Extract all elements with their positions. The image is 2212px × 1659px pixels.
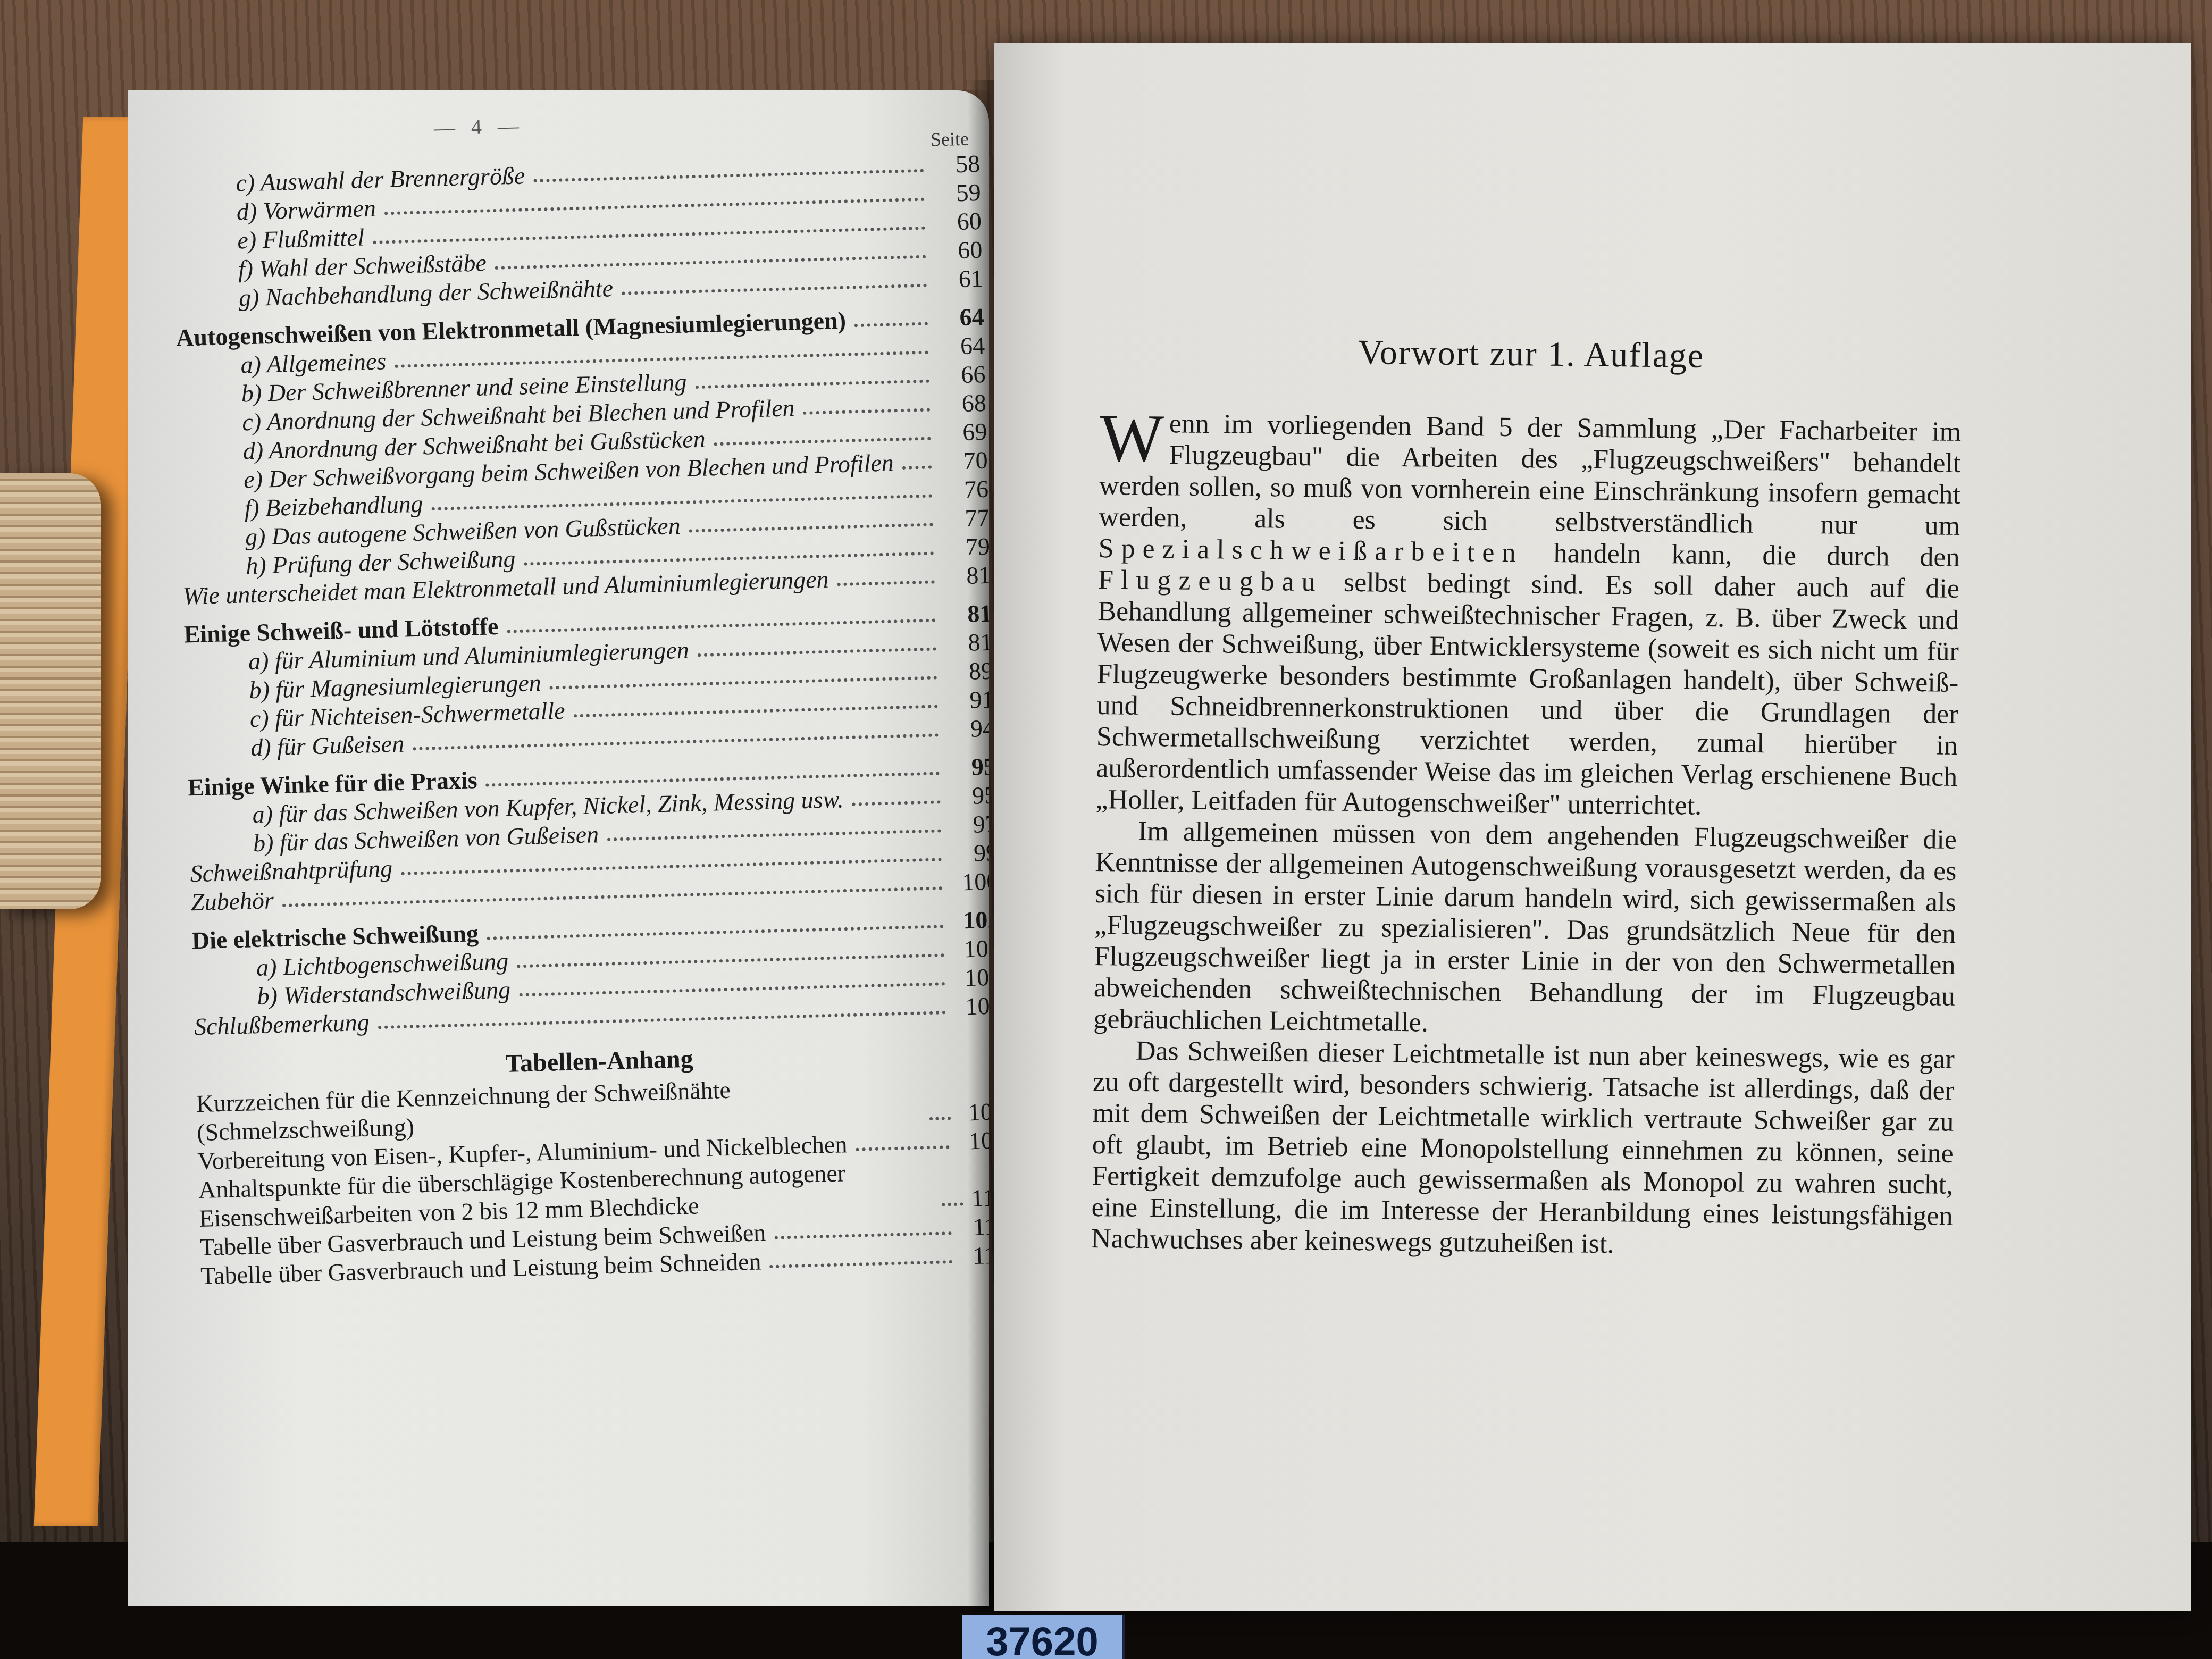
appendix-entries: Kurzzeichen für die Kennzeichnung der Sc… — [196, 1068, 1009, 1291]
leader-dots — [698, 647, 936, 657]
toc-entry-title: Zubehör — [190, 886, 274, 917]
table-of-contents: — 4 — Seite c) Auswahl der Brennergröße5… — [171, 101, 1009, 1291]
leader-dots — [533, 169, 924, 182]
paragraph-text: handeln kann, die durch den — [1523, 538, 1960, 573]
toc-entry-title: Schweißnahtprüfung — [190, 854, 393, 888]
right-page: Vorwort zur 1. Auflage Wenn im vorliegen… — [994, 43, 2191, 1611]
leader-dots — [942, 1202, 963, 1206]
leader-dots — [837, 580, 935, 586]
leader-dots — [413, 733, 939, 750]
preface: Vorwort zur 1. Auflage Wenn im vorliegen… — [1091, 330, 1962, 1263]
preface-paragraph-3: Das Schweißen dieser Leichtmetalle ist n… — [1091, 1035, 1955, 1263]
leader-dots — [282, 886, 943, 907]
leader-dots — [550, 676, 937, 689]
leader-dots — [803, 408, 931, 415]
preface-paragraph-2: Im allgemeinen müssen von dem angehenden… — [1093, 815, 1957, 1044]
toc-entry-title: Schlußbemerkung — [194, 1008, 370, 1042]
toc-entry-title: e) Flußmittel — [237, 223, 365, 255]
toc-entry-title: f) Beizbehandlung — [244, 490, 423, 523]
preface-paragraph-1: Wenn im vorliegenden Band 5 der Sammlung… — [1095, 407, 1961, 824]
toc-entry-title: d) für Gußeisen — [250, 730, 405, 763]
leader-dots — [770, 1260, 953, 1268]
leader-dots — [852, 800, 940, 806]
leader-dots — [774, 1231, 951, 1239]
emphasized-text: Spezialschweißarbeiten — [1098, 533, 1523, 568]
leader-dots — [607, 829, 941, 841]
toc-entry-title: d) Vorwärmen — [236, 194, 376, 227]
leader-dots — [695, 380, 929, 389]
paragraph-text: selbst bedingt sind. Es soll daher auch … — [1095, 567, 1959, 820]
leader-dots — [902, 466, 932, 470]
toc-entries: c) Auswahl der Brennergröße58d) Vorwärme… — [172, 149, 1002, 1041]
leader-dots — [854, 322, 928, 328]
toc-entry-title: a) Allgemeines — [240, 347, 387, 379]
leader-dots — [856, 1145, 950, 1151]
leader-dots — [574, 705, 938, 717]
leader-dots — [714, 437, 931, 446]
book-page-block — [0, 473, 101, 909]
paragraph-text: enn im vorliegenden Band 5 der Sammlung … — [1099, 408, 1961, 541]
dropcap: W — [1099, 408, 1164, 467]
inventory-label: 37620 — [962, 1615, 1125, 1659]
leader-dots — [929, 1117, 951, 1120]
leader-dots — [378, 1011, 946, 1029]
leader-dots — [622, 284, 927, 295]
leader-dots — [689, 523, 933, 533]
emphasized-text: Flugzeugbau — [1098, 565, 1323, 597]
left-page: — 4 — Seite c) Auswahl der Brennergröße5… — [128, 90, 989, 1606]
preface-title: Vorwort zur 1. Auflage — [1100, 330, 1962, 379]
